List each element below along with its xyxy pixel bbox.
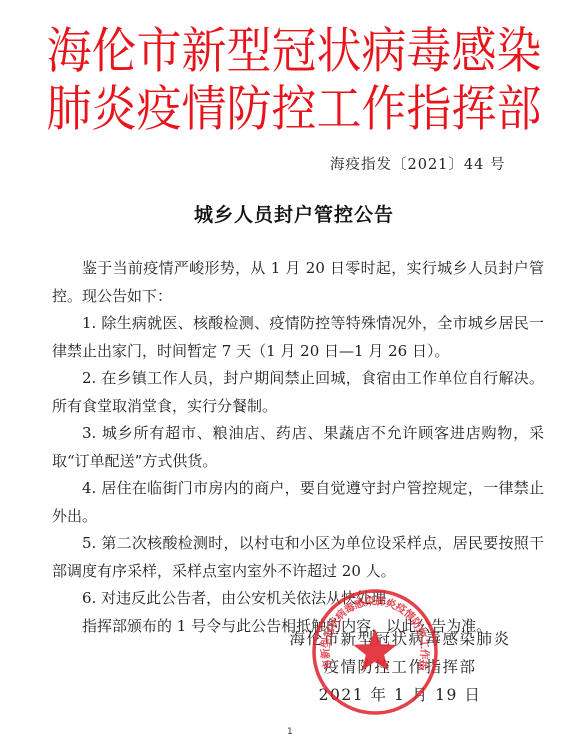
intro-paragraph: 鉴于当前疫情严峻形势，从 1 月 20 日零时起，实行城乡人员封户管控。现公告如… bbox=[52, 255, 544, 310]
item-paragraph: 5. 第二次核酸检测时，以村屯和小区为单位设采样点，居民要按照干部调度有序采样，… bbox=[52, 530, 544, 585]
item-paragraph: 1. 除生病就医、核酸检测、疫情防控等特殊情况外，全市城乡居民一律禁止出家门，时… bbox=[52, 310, 544, 365]
item-paragraph: 2. 在乡镇工作人员，封户期间禁止回城，食宿由工作单位自行解决。所有食堂取消堂食… bbox=[52, 365, 544, 420]
item-paragraph: 4. 居住在临街门市房内的商户，要自觉遵守封户管控规定，一律禁止外出。 bbox=[52, 475, 544, 530]
header-line-2: 肺炎疫情防控工作指挥部 bbox=[0, 80, 588, 138]
signature-org-line-1: 海伦市新型冠状病毒感染肺炎 bbox=[275, 625, 525, 653]
signature-org-line-2: 疫情防控工作指挥部 bbox=[275, 653, 525, 681]
document-number: 海疫指发〔2021〕44 号 bbox=[330, 153, 505, 174]
signature-date: 2021 年 1 月 19 日 bbox=[275, 681, 525, 709]
item-paragraph: 3. 城乡所有超市、粮油店、药店、果蔬店不允许顾客进店购物，采取“订单配送”方式… bbox=[52, 420, 544, 475]
item-paragraph: 6. 对违反此公告者，由公安机关依法从快处理。 bbox=[52, 585, 544, 613]
document-body: 鉴于当前疫情严峻形势，从 1 月 20 日零时起，实行城乡人员封户管控。现公告如… bbox=[52, 255, 544, 640]
header-line-1: 海伦市新型冠状病毒感染 bbox=[0, 22, 588, 80]
document-header: 海伦市新型冠状病毒感染 肺炎疫情防控工作指挥部 bbox=[0, 22, 588, 139]
signature-block: 海伦市新型冠状病毒感染肺炎 疫情防控工作指挥部 2021 年 1 月 19 日 bbox=[275, 625, 525, 709]
document-title: 城乡人员封户管控公告 bbox=[0, 200, 588, 227]
page-number: 1 bbox=[287, 727, 293, 737]
